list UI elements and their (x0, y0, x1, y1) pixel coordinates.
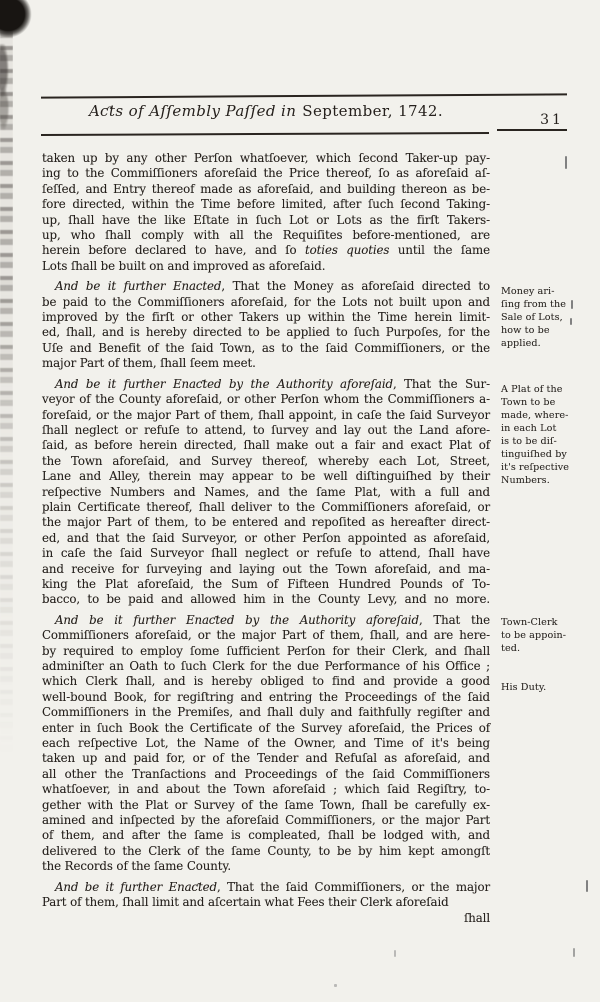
text-segment: , That the (419, 613, 490, 627)
header-top-rule (41, 93, 567, 98)
scan-artifact (573, 948, 575, 957)
text-line: veyor of the County aforeſaid, or other … (42, 392, 490, 407)
text-line: fore directed, within the Time before li… (42, 197, 490, 212)
margin-note-line: ſing from the (501, 298, 595, 311)
text-line: foreſaid, or the major Part of them, ſha… (42, 408, 490, 423)
text-line: ing to the Commiſſioners aforeſaid the P… (42, 166, 490, 181)
text-line: the Records of the ſame County. (42, 859, 490, 874)
text-segment: Part of them, ſhall limit and aſcertain … (42, 895, 449, 909)
scan-artifact (565, 156, 567, 169)
margin-note-line: A Plat of the (501, 383, 595, 396)
margin-note-line: Town-Clerk (501, 616, 595, 629)
body-text-column: taken up by any other Perſon whatſoever,… (42, 151, 490, 926)
italic-text-segment: And be it further Enaƈted by the Authori… (55, 377, 393, 391)
running-head: Aƈts of Aſſembly Paſſed inSeptember, 174… (42, 102, 490, 120)
text-segment: each reſpective Lot, the Name of the Own… (42, 736, 490, 750)
text-line: reſpective Numbers and Names, and the ſa… (42, 485, 490, 500)
paragraph: And be it further Enaƈted by the Authori… (42, 613, 490, 875)
text-line: major Part of them, ſhall ſeem meet. (42, 356, 490, 371)
running-head-roman: September, 1742. (302, 102, 443, 120)
text-line: ed, and that the ſaid Surveyor, or other… (42, 531, 490, 546)
scan-edge-smudge (0, 44, 13, 130)
text-segment: and receive for ſurveying and laying out… (42, 562, 490, 576)
note-plat-of-town: A Plat of theTown to bemade, where-in ea… (501, 383, 595, 487)
text-segment: Commiſſioners aforeſaid, or the major Pa… (42, 628, 490, 642)
margin-note-line: how to be (501, 324, 595, 337)
text-segment: taken up and paid for, or of the Tender … (42, 751, 490, 765)
note-his-duty: His Duty. (501, 681, 595, 694)
margin-note-line: ted. (501, 642, 595, 655)
text-segment: Uſe and Benefit of the ſaid Town, as to … (42, 341, 490, 355)
scanned-book-page: Aƈts of Aſſembly Paſſed inSeptember, 174… (0, 0, 600, 1002)
text-line: herein before declared to have, and ſo t… (42, 243, 490, 258)
text-segment: enter in ſuch Book the Certificate of th… (42, 721, 490, 735)
text-segment: , That the Sur- (393, 377, 490, 391)
text-segment: fore directed, within the Time before li… (42, 197, 490, 211)
text-segment: taken up by any other Perſon whatſoever,… (42, 151, 490, 165)
text-line: And be it further Enaƈted, That the ſaid… (42, 880, 490, 895)
text-line: taken up by any other Perſon whatſoever,… (42, 151, 490, 166)
note-money-applied: Money ari-ſing from theSale of Lots,how … (501, 285, 595, 350)
text-segment: which Clerk ſhall, and is hereby obliged… (42, 674, 490, 688)
text-line: of them, and after the ſame is compleate… (42, 828, 490, 843)
text-segment: veyor of the County aforeſaid, or other … (42, 392, 490, 406)
text-segment: whatſoever, in and about the Town aforeſ… (42, 782, 490, 796)
header-bottom-rule-left (41, 132, 489, 136)
margin-note-line: to be appoin- (501, 629, 595, 642)
italic-text-segment: And be it further Enaƈted (55, 880, 217, 894)
text-line: bacco, to be paid and allowed him in the… (42, 592, 490, 607)
text-line: gether with the Plat or Survey of the ſa… (42, 798, 490, 813)
margin-note-line: His Duty. (501, 681, 595, 694)
italic-text-segment: toties quoties (305, 243, 389, 257)
text-segment: ſhall (464, 911, 490, 925)
margin-note-line: applied. (501, 337, 595, 350)
text-segment: be paid to the Commiſſioners aforeſaid, … (42, 295, 490, 309)
text-line: Uſe and Benefit of the ſaid Town, as to … (42, 341, 490, 356)
text-segment: king the Plat aforeſaid, the Sum of Fift… (42, 577, 490, 591)
margin-note-line: in each Lot (501, 422, 595, 435)
text-line: amined and inſpected by the aforeſaid Co… (42, 813, 490, 828)
italic-text-segment: And be it further Enacted (55, 279, 221, 293)
text-segment: reſpective Numbers and Names, and the ſa… (42, 485, 490, 499)
text-line: up, ſhall have the like Eſtate in ſuch L… (42, 213, 490, 228)
text-line: the major Part of them, to be entered an… (42, 515, 490, 530)
text-segment: the major Part of them, to be entered an… (42, 515, 490, 529)
scan-artifact (394, 950, 396, 957)
text-line: ſaid, as before herein directed, ſhall m… (42, 438, 490, 453)
text-line: ſhall neglect or refuſe to attend, to ſu… (42, 423, 490, 438)
text-line: delivered to the Clerk of the ſame Count… (42, 844, 490, 859)
text-line: each reſpective Lot, the Name of the Own… (42, 736, 490, 751)
text-segment: bacco, to be paid and allowed him in the… (42, 592, 490, 606)
text-segment: Commiſſioners in the Premiſes, and ſhall… (42, 705, 490, 719)
text-line: adminiſter an Oath to ſuch Clerk for the… (42, 659, 490, 674)
scan-artifact (334, 984, 337, 987)
text-segment: Lots ſhall be built on and improved as a… (42, 259, 325, 273)
text-segment: of them, and after the ſame is compleate… (42, 828, 490, 842)
paragraph: And be it further Enaƈted, That the ſaid… (42, 880, 490, 926)
text-line: Commiſſioners in the Premiſes, and ſhall… (42, 705, 490, 720)
margin-note-line: made, where- (501, 409, 595, 422)
header-bottom-rule-right (497, 129, 567, 131)
text-segment: ed, ſhall, and is hereby directed to be … (42, 325, 490, 339)
margin-note-line: Money ari- (501, 285, 595, 298)
text-segment: up, who ſhall comply with all the Requiſ… (42, 228, 490, 242)
text-segment: adminiſter an Oath to ſuch Clerk for the… (42, 659, 490, 673)
text-segment: up, ſhall have the like Eſtate in ſuch L… (42, 213, 490, 227)
text-segment: improved by the firſt or other Takers up… (42, 310, 490, 324)
text-segment: all other the Tranſactions and Proceedin… (42, 767, 490, 781)
text-line: Lots ſhall be built on and improved as a… (42, 259, 490, 274)
text-segment: ſeſſed, and Entry thereof made as aforeſ… (42, 182, 490, 196)
text-segment: plain Certificate thereof, ſhall deliver… (42, 500, 490, 514)
text-segment: the Town aforeſaid, and Survey thereof, … (42, 454, 490, 468)
running-head-italic: Aƈts of Aſſembly Paſſed in (89, 102, 296, 120)
text-line: the Town aforeſaid, and Survey thereof, … (42, 454, 490, 469)
text-segment: the Records of the ſame County. (42, 859, 231, 873)
text-segment: , That the ſaid Commiſſioners, or the ma… (217, 880, 490, 894)
margin-note-line: Town to be (501, 396, 595, 409)
text-segment: in caſe the ſaid Surveyor ſhall neglect … (42, 546, 490, 560)
text-segment: well-bound Book, for regiſtring and entr… (42, 690, 490, 704)
margin-note-line: is to be diſ- (501, 435, 595, 448)
text-segment: until the ſame (389, 243, 490, 257)
text-line: plain Certificate thereof, ſhall deliver… (42, 500, 490, 515)
text-segment: ing to the Commiſſioners aforeſaid the P… (42, 166, 490, 180)
margin-note-line: tinguiſhed by (501, 448, 595, 461)
text-segment: ſhall neglect or refuſe to attend, to ſu… (42, 423, 490, 437)
margin-note-line: Numbers. (501, 474, 595, 487)
text-segment: by required to employ ſome ſufficient Pe… (42, 644, 490, 658)
text-line: be paid to the Commiſſioners aforeſaid, … (42, 295, 490, 310)
text-line: by required to employ ſome ſufficient Pe… (42, 644, 490, 659)
scan-artifact (586, 880, 588, 892)
text-segment: gether with the Plat or Survey of the ſa… (42, 798, 490, 812)
paragraph: And be it further Enaƈted by the Authori… (42, 377, 490, 608)
text-line: improved by the firſt or other Takers up… (42, 310, 490, 325)
text-segment: herein before declared to have, and ſo (42, 243, 305, 257)
text-line: all other the Tranſactions and Proceedin… (42, 767, 490, 782)
text-segment: amined and inſpected by the aforeſaid Co… (42, 813, 490, 827)
text-segment: ed, and that the ſaid Surveyor, or other… (42, 531, 490, 545)
text-segment: delivered to the Clerk of the ſame Count… (42, 844, 490, 858)
scan-artifact (571, 300, 573, 309)
text-line: which Clerk ſhall, and is hereby obliged… (42, 674, 490, 689)
text-line: up, who ſhall comply with all the Requiſ… (42, 228, 490, 243)
text-line: And be it further Enacted, That the Mone… (42, 279, 490, 294)
text-segment: , That the Money as aforeſaid directed t… (221, 279, 490, 293)
text-line: whatſoever, in and about the Town aforeſ… (42, 782, 490, 797)
text-segment: Lane and Alley, therein may appear to be… (42, 469, 490, 483)
text-segment: foreſaid, or the major Part of them, ſha… (42, 408, 490, 422)
text-line: Lane and Alley, therein may appear to be… (42, 469, 490, 484)
text-segment: ſaid, as before herein directed, ſhall m… (42, 438, 490, 452)
text-line: taken up and paid for, or of the Tender … (42, 751, 490, 766)
paragraph: And be it further Enacted, That the Mone… (42, 279, 490, 371)
text-line: king the Plat aforeſaid, the Sum of Fift… (42, 577, 490, 592)
scan-artifact (570, 318, 572, 325)
text-line: in caſe the ſaid Surveyor ſhall neglect … (42, 546, 490, 561)
text-line: And be it further Enaƈted by the Authori… (42, 613, 490, 628)
text-line: well-bound Book, for regiſtring and entr… (42, 690, 490, 705)
note-town-clerk: Town-Clerkto be appoin-ted. (501, 616, 595, 655)
text-line: enter in ſuch Book the Certificate of th… (42, 721, 490, 736)
margin-note-line: Sale of Lots, (501, 311, 595, 324)
margin-note-line: it's reſpective (501, 461, 595, 474)
text-line: ſeſſed, and Entry thereof made as aforeſ… (42, 182, 490, 197)
paragraph: taken up by any other Perſon whatſoever,… (42, 151, 490, 274)
text-segment: major Part of them, ſhall ſeem meet. (42, 356, 256, 370)
text-line: ed, ſhall, and is hereby directed to be … (42, 325, 490, 340)
text-line: Part of them, ſhall limit and aſcertain … (42, 895, 490, 910)
italic-text-segment: And be it further Enaƈted by the Authori… (55, 613, 419, 627)
page-number: 31 (532, 112, 572, 128)
text-line: ſhall (42, 911, 490, 926)
text-line: Commiſſioners aforeſaid, or the major Pa… (42, 628, 490, 643)
text-line: and receive for ſurveying and laying out… (42, 562, 490, 577)
text-line: And be it further Enaƈted by the Authori… (42, 377, 490, 392)
